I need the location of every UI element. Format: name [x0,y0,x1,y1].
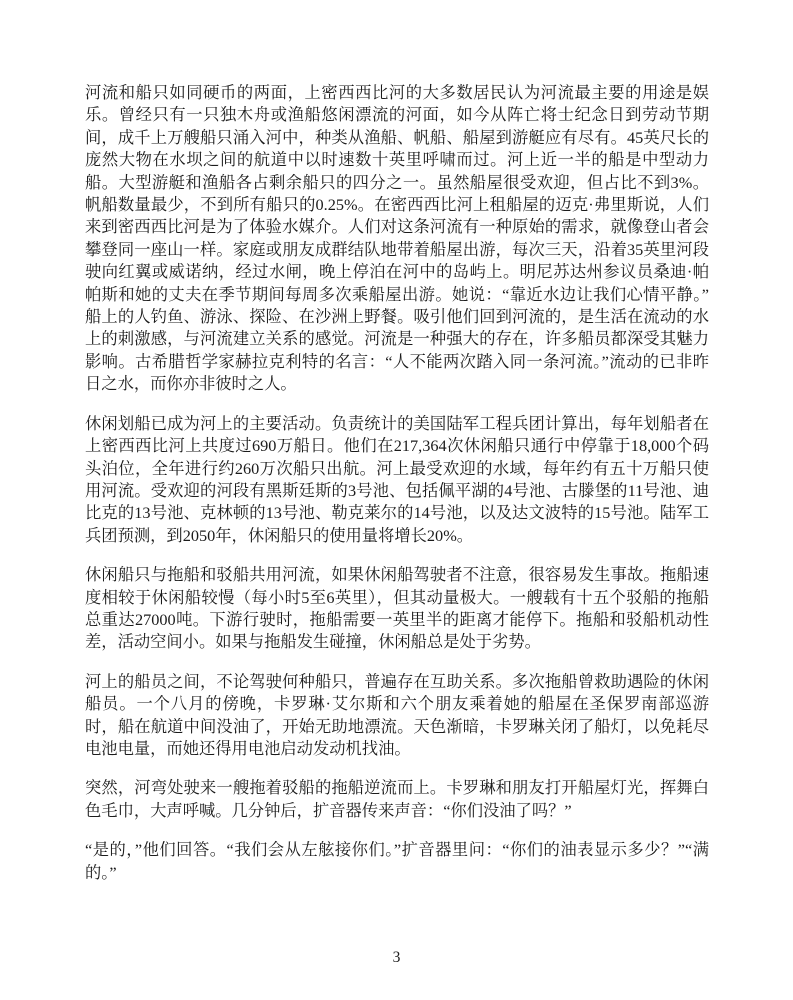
paragraph-towboat-danger: 休闲船只与拖船和驳船共用河流，如果休闲船驾驶者不注意，很容易发生事故。拖船速度相… [85,564,709,654]
paragraph-mutual-aid: 河上的船员之间，不论驾驶何种船只，普遍存在互助关系。多次拖船曾救助遇险的休闲船员… [85,671,709,761]
paragraph-dialogue: “是的，”他们回答。“我们会从左舷接你们。”扩音器里问：“你们的油表显示多少？”… [85,839,709,884]
paragraph-rescue-scene: 突然，河弯处驶来一艘拖着驳船的拖船逆流而上。卡罗琳和朋友打开船屋灯光，挥舞白色毛… [85,777,709,822]
page-number: 3 [0,948,793,968]
paragraph-river-recreation: 河流和船只如同硬币的两面，上密西西比河的大多数居民认为河流最主要的用途是娱乐。曾… [85,82,709,396]
document-page: 河流和船只如同硬币的两面，上密西西比河的大多数居民认为河流最主要的用途是娱乐。曾… [0,0,793,1000]
text-block: 河流和船只如同硬币的两面，上密西西比河的大多数居民认为河流最主要的用途是娱乐。曾… [85,82,709,901]
paragraph-boating-statistics: 休闲划船已成为河上的主要活动。负责统计的美国陆军工程兵团计算出，每年划船者在上密… [85,413,709,547]
